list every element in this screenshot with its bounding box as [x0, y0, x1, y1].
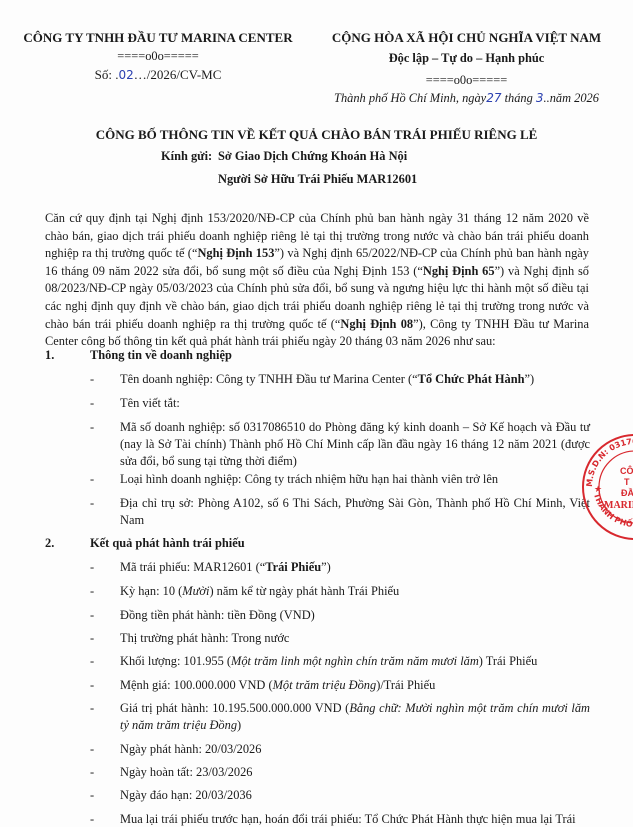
company-divider: ====o0o=====: [0, 49, 316, 64]
document-page: CÔNG TY TNHH ĐẦU TƯ MARINA CENTER ====o0…: [0, 0, 633, 827]
bullet-dash: -: [90, 583, 94, 600]
list-item: -Mệnh giá: 100.000.000 VND (Một trăm tri…: [90, 677, 590, 694]
list-item-text: Mã trái phiếu: MAR12601 (“Trái Phiếu”): [120, 559, 590, 576]
svg-text:★: ★: [594, 484, 602, 494]
section-2-title: Kết quả phát hành trái phiếu: [90, 536, 245, 551]
bullet-dash: -: [90, 764, 94, 781]
document-number: Số: .02…/2026/CV-MC: [0, 67, 316, 83]
list-item: -Giá trị phát hành: 10.195.500.000.000 V…: [90, 700, 590, 734]
svg-text:MARIN: MARIN: [604, 500, 633, 511]
intro-line: chào bán trái phiếu doanh nghiệp ra thị …: [45, 316, 589, 334]
list-item-text: Ngày phát hành: 20/03/2026: [120, 741, 590, 758]
list-item-text: Loại hình doanh nghiệp: Công ty trách nh…: [120, 471, 590, 488]
handwritten-month: 3: [536, 91, 544, 105]
list-item-text: Mệnh giá: 100.000.000 VND (Một trăm triệ…: [120, 677, 590, 694]
list-item-text: Ngày hoàn tất: 23/03/2026: [120, 764, 590, 781]
list-item: -Mã trái phiếu: MAR12601 (“Trái Phiếu”): [90, 559, 590, 576]
intro-paragraph: Căn cứ quy định tại Nghị định 153/2020/N…: [45, 210, 589, 351]
intro-line: các nghị định quy định về chào bán, giao…: [45, 298, 589, 316]
bullet-dash: -: [90, 811, 94, 827]
handwritten-number: 02: [118, 68, 133, 82]
list-item-text: Tên viết tắt:: [120, 395, 590, 412]
list-item: -Thị trường phát hành: Trong nước: [90, 630, 590, 647]
list-item: -Mã số doanh nghiệp: số 0317086510 do Ph…: [90, 419, 590, 470]
recipient-line-1: Sở Giao Dịch Chứng Khoán Hà Nội: [218, 149, 407, 164]
intro-line: chào bán, giao dịch trái phiếu doanh ngh…: [45, 228, 589, 246]
intro-line: 08/2023/NĐ-CP ngày 05/03/2023 của Chính …: [45, 280, 589, 298]
handwritten-day: 27: [486, 91, 501, 105]
svg-text:CÔN: CÔN: [620, 465, 633, 476]
list-item-text: Mã số doanh nghiệp: số 0317086510 do Phò…: [120, 419, 590, 470]
document-title: CÔNG BỐ THÔNG TIN VỀ KẾT QUẢ CHÀO BÁN TR…: [0, 127, 633, 143]
intro-line: nghiệp ra thị trường quốc tế (“Nghị Định…: [45, 245, 589, 263]
bullet-dash: -: [90, 419, 94, 436]
bullet-dash: -: [90, 630, 94, 647]
list-item: -Khối lượng: 101.955 (Một trăm linh một …: [90, 653, 590, 670]
country-divider: ====o0o=====: [300, 73, 633, 88]
bullet-dash: -: [90, 677, 94, 694]
list-item-text: Khối lượng: 101.955 (Một trăm linh một n…: [120, 653, 590, 670]
bullet-dash: -: [90, 395, 94, 412]
bullet-dash: -: [90, 371, 94, 388]
bullet-dash: -: [90, 787, 94, 804]
svg-text:ĐẦ: ĐẦ: [621, 488, 633, 498]
list-item-text: Ngày đáo hạn: 20/03/2036: [120, 787, 590, 804]
list-item: -Ngày hoàn tất: 23/03/2026: [90, 764, 590, 781]
recipient-label: Kính gửi:: [161, 149, 212, 164]
section-2-number: 2.: [45, 536, 54, 551]
intro-line: Căn cứ quy định tại Nghị định 153/2020/N…: [45, 210, 589, 228]
intro-line: 16 tháng 09 năm 2022 sửa đổi, bổ sung mộ…: [45, 263, 589, 281]
bullet-dash: -: [90, 607, 94, 624]
list-item: -Địa chỉ trụ sở: Phòng A102, số 6 Thi Sá…: [90, 495, 590, 529]
bullet-dash: -: [90, 700, 94, 717]
company-seal-stamp: M.S.D.N: 031708 THÀNH PHỐ ★ CÔN T ĐẦ MAR…: [580, 432, 633, 542]
list-item: -Ngày phát hành: 20/03/2026: [90, 741, 590, 758]
bullet-dash: -: [90, 495, 94, 512]
list-item-text: Địa chỉ trụ sở: Phòng A102, số 6 Thi Sác…: [120, 495, 590, 529]
section-1-title: Thông tin về doanh nghiệp: [90, 348, 232, 363]
list-item-text: Thị trường phát hành: Trong nước: [120, 630, 590, 647]
section-1-number: 1.: [45, 348, 54, 363]
bullet-dash: -: [90, 741, 94, 758]
motto: Độc lập – Tự do – Hạnh phúc: [300, 51, 633, 66]
bullet-dash: -: [90, 559, 94, 576]
document-date: Thành phố Hồ Chí Minh, ngày27 tháng 3..n…: [300, 91, 633, 106]
list-item-text: Tên doanh nghiệp: Công ty TNHH Đầu tư Ma…: [120, 371, 590, 388]
list-item-text: Đồng tiền phát hành: tiền Đồng (VND): [120, 607, 590, 624]
list-item-text: Giá trị phát hành: 10.195.500.000.000 VN…: [120, 700, 590, 734]
list-item-text: Kỳ hạn: 10 (Mười) năm kể từ ngày phát hà…: [120, 583, 590, 600]
bullet-dash: -: [90, 653, 94, 670]
svg-text:T: T: [624, 477, 630, 487]
list-item: -Kỳ hạn: 10 (Mười) năm kể từ ngày phát h…: [90, 583, 590, 600]
list-item-text: Mua lại trái phiếu trước hạn, hoán đổi t…: [120, 811, 590, 827]
country-name: CỘNG HÒA XÃ HỘI CHỦ NGHĨA VIỆT NAM: [300, 30, 633, 46]
bullet-dash: -: [90, 471, 94, 488]
list-item: -Ngày đáo hạn: 20/03/2036: [90, 787, 590, 804]
list-item: -Tên viết tắt:: [90, 395, 590, 412]
list-item: -Đồng tiền phát hành: tiền Đồng (VND): [90, 607, 590, 624]
list-item: -Mua lại trái phiếu trước hạn, hoán đổi …: [90, 811, 590, 827]
list-item: -Loại hình doanh nghiệp: Công ty trách n…: [90, 471, 590, 488]
recipient-line-2: Người Sở Hữu Trái Phiếu MAR12601: [218, 172, 417, 187]
company-name: CÔNG TY TNHH ĐẦU TƯ MARINA CENTER: [0, 30, 316, 46]
list-item: -Tên doanh nghiệp: Công ty TNHH Đầu tư M…: [90, 371, 590, 388]
